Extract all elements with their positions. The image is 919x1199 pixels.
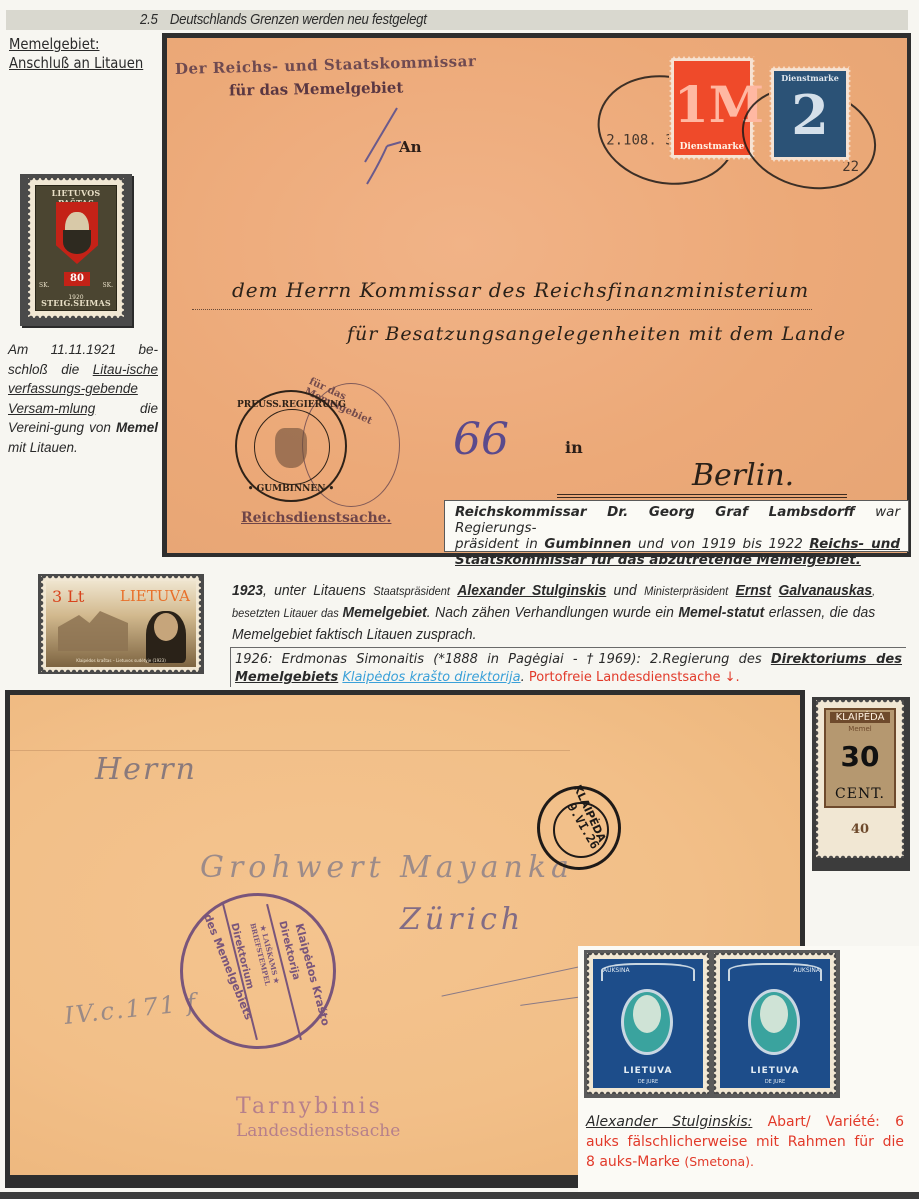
sheet-margin-number: 40	[816, 822, 904, 837]
section-title: Deutschlands Grenzen werden neu festgele…	[170, 11, 427, 28]
stamp-label: Dienstmarke	[674, 142, 750, 152]
stamp-bottom-text: STEIG.SEIMAS	[36, 298, 116, 308]
stamp-value: 2	[774, 83, 846, 147]
stamp-subtitle: DE JURE	[593, 1079, 703, 1085]
seal-text-bottom: • GUMBINNEN •	[237, 484, 345, 494]
stamp-value: 3 Lt	[52, 587, 84, 606]
caption-person-name: Alexander Stulginskis:	[586, 1114, 752, 1130]
caption-text: auks fälschlicherweise mit Rahmen für di…	[586, 1134, 904, 1150]
caption-text: 8 auks-Marke	[586, 1154, 680, 1170]
intro-bold-term: Memel	[116, 420, 158, 435]
in-label: in	[565, 438, 583, 457]
title-small: Staatspräsident	[373, 586, 450, 598]
stamp-town: KLAIPĖDA	[830, 712, 890, 723]
postmark-klaipeda: 9.VI.26 KLAIPĖDA	[537, 786, 621, 870]
highlight-portofrei: Portofreie Landesdienstsache ↓.	[529, 670, 740, 685]
section-number: 2.5	[140, 11, 158, 28]
text: . Nach zähen Verhandlungen wurde ein	[427, 605, 679, 621]
text: 1926: Erdmonas Simonaitis (*1888 in Pagė…	[235, 652, 771, 667]
destination-city: Berlin.	[692, 458, 794, 493]
stamp-dienstmarke-2m: Dienstmarke 2	[769, 66, 851, 162]
stamp-klaipeda-30-cent: KLAIPĖDA Memel 30 CENT. 40	[816, 700, 904, 858]
caption-lambsdorff: Reichskommissar Dr. Georg Graf Lambsdorf…	[444, 500, 909, 552]
stamp-portrait-head	[760, 995, 788, 1033]
pencil-address-line1: Grohwert Mayanka	[200, 850, 574, 885]
portrait-face	[154, 613, 178, 641]
text: und	[606, 583, 644, 599]
stamp-country: LIETUVA	[120, 587, 190, 605]
stamp-subtitle: Memel	[826, 725, 894, 733]
section-header: 2.5Deutschlands Grenzen werden neu festg…	[140, 11, 427, 28]
caption-stulginskis-variety: Alexander Stulginskis: Abart/ Variété: 6…	[586, 1112, 904, 1172]
intro-text: mit Litauen.	[8, 440, 78, 455]
stamp-country: LIETUVA	[720, 1066, 830, 1076]
landesdienstsache-stamp: Landesdienstsache	[236, 1121, 400, 1141]
stamp-stulginskis-right: AUKSINA LIETUVA DE JURE	[714, 953, 836, 1094]
stamp-lietuva-3lt: 3 Lt LIETUVA Klaipėdos kraštas – Lietuvo…	[41, 576, 201, 672]
caption-text: Abart/ Variété: 6	[768, 1114, 904, 1130]
reichsdienstsache-stamp: Reichsdienstsache.	[241, 510, 391, 526]
paragraph-1923: 1923, unter Litauens Staatspräsident Ale…	[232, 581, 875, 646]
stamp-portrait-head	[633, 995, 661, 1033]
stamp-caption: Klaipėdos kraštas – Lietuvos sudėtyje (1…	[46, 658, 196, 663]
bold-term: Memel-	[678, 605, 726, 621]
intro-body: Am 11.11.1921 be-schloß die Litau-ische …	[8, 340, 158, 457]
stamp-portrait-beard	[63, 230, 91, 254]
bold-term: Memelgebiet	[342, 605, 426, 621]
stamp-denomination: AUKSINA	[793, 967, 820, 974]
person-name: Alexander Stulginskis	[457, 583, 606, 599]
person-name: Galvanauskas	[779, 583, 873, 599]
stamp-value: 80	[64, 272, 90, 286]
city-underline	[557, 494, 847, 498]
stamp-denomination: AUKSINA	[603, 967, 630, 974]
intro-title: Memelgebiet: Anschluß an Litauen	[9, 35, 143, 73]
eagle-crest-icon	[275, 428, 307, 468]
envelope-fold-line	[10, 750, 570, 751]
year: 1923	[232, 583, 263, 599]
paragraph-1926: 1926: Erdmonas Simonaitis (*1888 in Pagė…	[230, 647, 906, 687]
title-small: Ministerpräsident	[644, 586, 728, 598]
seal-direktorium: Klaipėdos Krašto Direktorija ★ LAIŠKAMS …	[180, 893, 336, 1049]
sender-stamp-line2: für das Memelgebiet	[229, 78, 404, 99]
stamp-steig-seimas: LIETUVOS PAŠTAS 80 SK. SK. 1920 STEIG.SE…	[28, 178, 124, 318]
caption-text: präsident in	[455, 536, 544, 552]
stamp-currency-right: SK.	[103, 282, 114, 289]
caption-bold-name: Reichskommissar Dr. Georg Graf Lambsdorf…	[455, 504, 855, 520]
text: , unter Litauens	[263, 583, 373, 599]
pencil-address-line2: Zürich	[400, 902, 524, 937]
intro-title-line2: Anschluß an Litauen	[9, 54, 143, 73]
underlined-term: Memelgebiets	[235, 670, 338, 685]
stamp-dienstmarke-1m: 1M Dienstmarke	[669, 56, 755, 160]
tarnybinis-stamp: Tarnybinis	[236, 1094, 383, 1119]
caption-underlined-title: Reichs- und	[809, 536, 900, 552]
page-bottom-edge	[0, 1192, 919, 1199]
stamp-subtitle: DE JURE	[720, 1079, 830, 1085]
cancel-date: 2.108. 3	[606, 133, 673, 149]
stamp-stulginskis-left: AUKSINA LIETUVA DE JURE	[587, 953, 709, 1094]
stamp-country: LIETUVA	[593, 1066, 703, 1076]
link-klaipedos-krasto-direktorija[interactable]: Klaipėdos krašto direktorija	[342, 670, 520, 685]
address-dotted-line	[192, 309, 812, 310]
caption-underlined-title: Staatskommissar für das abzutretende Mem…	[455, 552, 861, 568]
postmark-date: 9.VI.26	[565, 801, 602, 852]
building-illustration	[58, 611, 128, 651]
an-label: An	[399, 138, 422, 156]
stamp-value: 1M	[674, 75, 750, 134]
person-name: Ernst	[736, 583, 772, 599]
number-mark: 66	[453, 414, 509, 465]
pencil-herrn: Herrn	[95, 752, 197, 787]
envelope-1: Der Reichs- und Staatskommissar für das …	[167, 38, 907, 553]
stamp-label: Dienstmarke	[774, 73, 846, 83]
sender-stamp-line1: Der Reichs- und Staatskommissar	[175, 52, 477, 78]
seal-text-top: PREUSS.REGIERUNG	[237, 400, 345, 410]
address-line1: dem Herrn Kommissar des Reichsfinanzmini…	[232, 278, 809, 302]
stamp-surcharge-unit: CENT.	[826, 786, 894, 802]
stamp-surcharge: 30	[826, 740, 894, 773]
seal-preuss-regierung: PREUSS.REGIERUNG • GUMBINNEN •	[235, 390, 347, 502]
caption-bold-place: Gumbinnen	[544, 536, 631, 552]
stamp-currency-left: SK.	[39, 282, 50, 289]
intro-title-line1: Memelgebiet:	[9, 35, 143, 54]
address-line2: für Besatzungsangelegenheiten mit dem La…	[347, 323, 846, 345]
bold-term: statut	[726, 605, 764, 621]
caption-small: (Smetona).	[684, 1154, 754, 1169]
text: .	[521, 670, 529, 685]
underlined-term: Direktoriums des	[771, 652, 902, 667]
caption-text: und von 1919 bis 1922	[631, 536, 809, 552]
